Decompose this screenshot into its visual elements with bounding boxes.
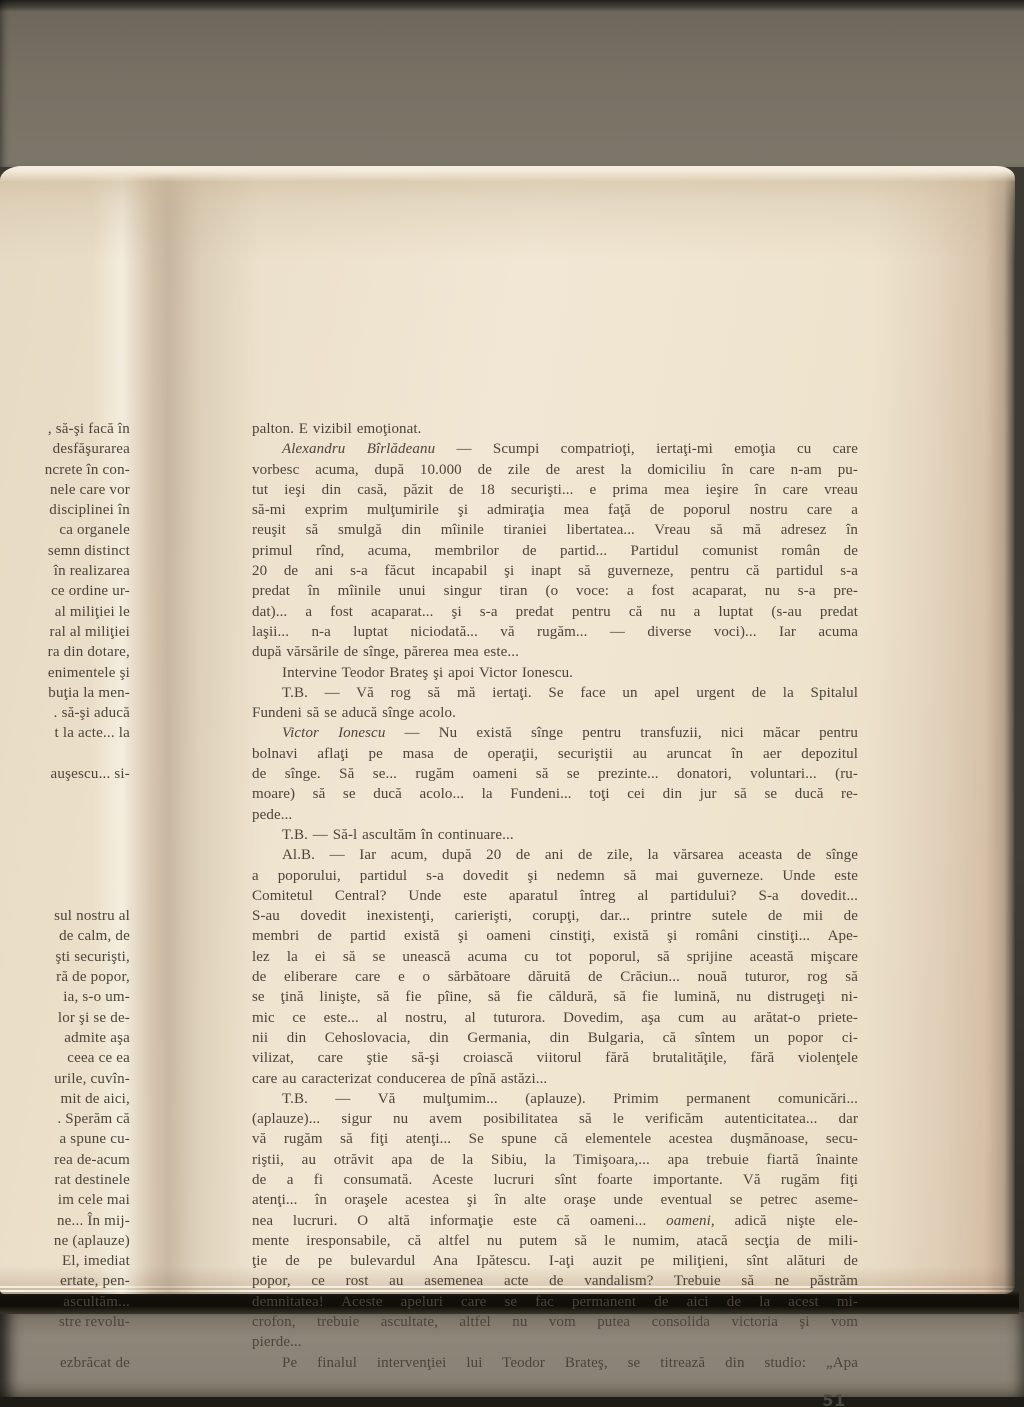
left-fragment-line: semn distinct xyxy=(0,541,130,561)
scan-bottom-edge xyxy=(0,1397,1024,1407)
left-fragment-line: ertate, pen- xyxy=(0,1271,130,1291)
left-fragment-line: ezbrăcat de xyxy=(0,1353,130,1373)
left-fragment-line: El, imediat xyxy=(0,1251,130,1271)
text-line: nea lucruri. O altă informaţie este că o… xyxy=(252,1211,858,1231)
text-line: ţie de pe bulevardul Ana Ipătescu. I-aţi… xyxy=(252,1251,858,1271)
blank-line xyxy=(0,845,130,865)
scanner-background-top xyxy=(0,0,1024,167)
left-fragment-line: ral al miliţiei xyxy=(0,622,130,642)
text-line: pede... xyxy=(252,805,858,825)
text-line: tut ieşi din casă, păzit de 18 securişti… xyxy=(252,480,858,500)
text-line: de eliberare care e o sărbătoare dăruită… xyxy=(252,967,858,987)
book-scan: { "page": { "number": "51", "lines": [ {… xyxy=(0,0,1024,1407)
left-fragment-line: ra din dotare, xyxy=(0,642,130,662)
text-line: moare) să se ducă acolo... la Fundeni...… xyxy=(252,784,858,804)
text-line: se ţină linişte, să fie pîine, să fie că… xyxy=(252,987,858,1007)
text-line: palton. E vizibil emoţionat. xyxy=(252,419,858,439)
text-line: mente iresponsabile, că altfel nu putem … xyxy=(252,1231,858,1251)
text-line: Al.B. — Iar acum, după 20 de ani de zile… xyxy=(252,845,858,865)
text-line: (aplauze)... sigur nu avem posibilitatea… xyxy=(252,1109,858,1129)
left-fragment-line: lor şi se de- xyxy=(0,1008,130,1028)
left-fragment-line: rea de-acum xyxy=(0,1150,130,1170)
text-line: vorbesc acuma, după 10.000 de zile de ar… xyxy=(252,460,858,480)
left-fragment-line: ca organele xyxy=(0,520,130,540)
left-fragment-line: t la acte... la xyxy=(0,723,130,743)
text-line: Victor Ionescu — Nu există sînge pentru … xyxy=(252,723,858,743)
text-line: T.B. — Vă mulţumim... (aplauze). Primim … xyxy=(252,1089,858,1109)
left-fragment-line: . Sperăm că xyxy=(0,1109,130,1129)
left-fragment-line: stre revolu- xyxy=(0,1312,130,1332)
text-line: popor, ce rost au asemenea acte de vanda… xyxy=(252,1271,858,1291)
page-number: 51 xyxy=(808,1391,860,1407)
blank-line xyxy=(0,866,130,886)
text-line: dat)... a fost acaparat... şi s-a predat… xyxy=(252,602,858,622)
left-fragment-line: ce ordine ur- xyxy=(0,581,130,601)
text-line: mic ce este... al nostru, al tuturora. D… xyxy=(252,1008,858,1028)
text-line: vilizat, care ştie să-şi croiască viitor… xyxy=(252,1048,858,1068)
left-fragment-line: admite aşa xyxy=(0,1028,130,1048)
left-fragment-line: disciplinei în xyxy=(0,500,130,520)
left-fragment-line: ia, s-o um- xyxy=(0,987,130,1007)
text-line: Intervine Teodor Brateş şi apoi Victor I… xyxy=(252,663,858,683)
blank-line xyxy=(0,784,130,804)
text-line: T.B. — Să-l ascultăm în continuare... xyxy=(252,825,858,845)
text-line: atenţi... în oraşele acestea şi în alte … xyxy=(252,1190,858,1210)
left-fragment-line: , să-şi facă în xyxy=(0,419,130,439)
blank-line xyxy=(0,744,130,764)
left-fragment-line: enimentele şi xyxy=(0,663,130,683)
text-line: bolnavi aflaţi pe masa de operaţii, secu… xyxy=(252,744,858,764)
left-fragment-line: de calm, de xyxy=(0,926,130,946)
left-fragment-line: urile, cuvîn- xyxy=(0,1069,130,1089)
blank-line xyxy=(0,886,130,906)
left-fragment-line: şti securişti, xyxy=(0,947,130,967)
left-fragment-line: buţia la men- xyxy=(0,683,130,703)
text-line: membri de partid există şi oameni cinsti… xyxy=(252,926,858,946)
left-fragment-line: ne (aplauze) xyxy=(0,1231,130,1251)
text-line: Pe finalul intervenţiei lui Teodor Brate… xyxy=(252,1353,858,1373)
left-fragment-line: im cele mai xyxy=(0,1190,130,1210)
left-fragment-line: . să-şi aducă xyxy=(0,703,130,723)
text-line: T.B. — Vă rog să mă iertaţi. Se face un … xyxy=(252,683,858,703)
left-fragment-line: ră de popor, xyxy=(0,967,130,987)
left-fragment-line: ascultăm... xyxy=(0,1292,130,1312)
text-line: S-au dovedit inexistenţi, carierişti, co… xyxy=(252,906,858,926)
left-fragment-line: al miliţiei le xyxy=(0,602,130,622)
left-fragment-line: în realizarea xyxy=(0,561,130,581)
left-fragment-line: ceea ce ea xyxy=(0,1048,130,1068)
text-line: riştii, au otrăvit apa de la Sibiu, la T… xyxy=(252,1150,858,1170)
left-fragment-line: ncrete în con- xyxy=(0,460,130,480)
text-line: după vărsările de sînge, părerea mea est… xyxy=(252,642,858,662)
text-line: reuşit să smulgă din mîinile tiraniei li… xyxy=(252,520,858,540)
left-fragment-line: rat destinele xyxy=(0,1170,130,1190)
text-line: a poporului, partidul s-a dovedit şi ned… xyxy=(252,866,858,886)
text-line: crofon, trebuie ascultate, altfel nu vom… xyxy=(252,1312,858,1332)
text-line: lez la ei să se unească acuma cu tot pop… xyxy=(252,947,858,967)
text-line: care au caracterizat conducerea de pînă … xyxy=(252,1069,858,1089)
page-text: palton. E vizibil emoţionat.Alexandru Bî… xyxy=(252,419,858,1373)
text-line: laşii... n-a luptat niciodată... vă rugă… xyxy=(252,622,858,642)
open-book-page: , să-şi facă îndesfăşurareancrete în con… xyxy=(0,166,1015,1294)
text-line: primul rînd, acuma, membrilor de partid.… xyxy=(252,541,858,561)
left-fragment-line: mit de aici, xyxy=(0,1089,130,1109)
text-line: să-mi exprim mulţumirile şi admiraţia me… xyxy=(252,500,858,520)
text-line: de a fi consumată. Aceste lucruri sînt f… xyxy=(252,1170,858,1190)
left-fragment-line: desfăşurarea xyxy=(0,439,130,459)
blank-line xyxy=(0,805,130,825)
text-line: 20 de ani s-a făcut incapabil şi inapt s… xyxy=(252,561,858,581)
text-line: pierde... xyxy=(252,1332,858,1352)
left-fragment-line: nele care vor xyxy=(0,480,130,500)
text-line: nii din Cehoslovacia, din Germania, din … xyxy=(252,1028,858,1048)
text-line: vă rugăm să fiţi atenţi... Se spune că e… xyxy=(252,1129,858,1149)
text-line: demnitatea! Aceste apeluri care se fac p… xyxy=(252,1292,858,1312)
text-line: Fundeni să se aducă sînge acolo. xyxy=(252,703,858,723)
left-fragment-line: a spune cu- xyxy=(0,1129,130,1149)
text-line: Comitetul Central? Unde este aparatul în… xyxy=(252,886,858,906)
text-line: Alexandru Bîrlădeanu — Scumpi compatrioţ… xyxy=(252,439,858,459)
blank-line xyxy=(0,825,130,845)
text-line: de sînge. Să se... rugăm oameni să se pr… xyxy=(252,764,858,784)
text-line: predat în mîinile unui singur tiran (o v… xyxy=(252,581,858,601)
left-fragment-line: auşescu... si- xyxy=(0,764,130,784)
blank-line xyxy=(0,1332,130,1352)
left-fragment-line: ne... În mij- xyxy=(0,1211,130,1231)
left-fragment-line: sul nostru al xyxy=(0,906,130,926)
left-page-text-fragments: , să-şi facă îndesfăşurareancrete în con… xyxy=(0,419,130,1373)
